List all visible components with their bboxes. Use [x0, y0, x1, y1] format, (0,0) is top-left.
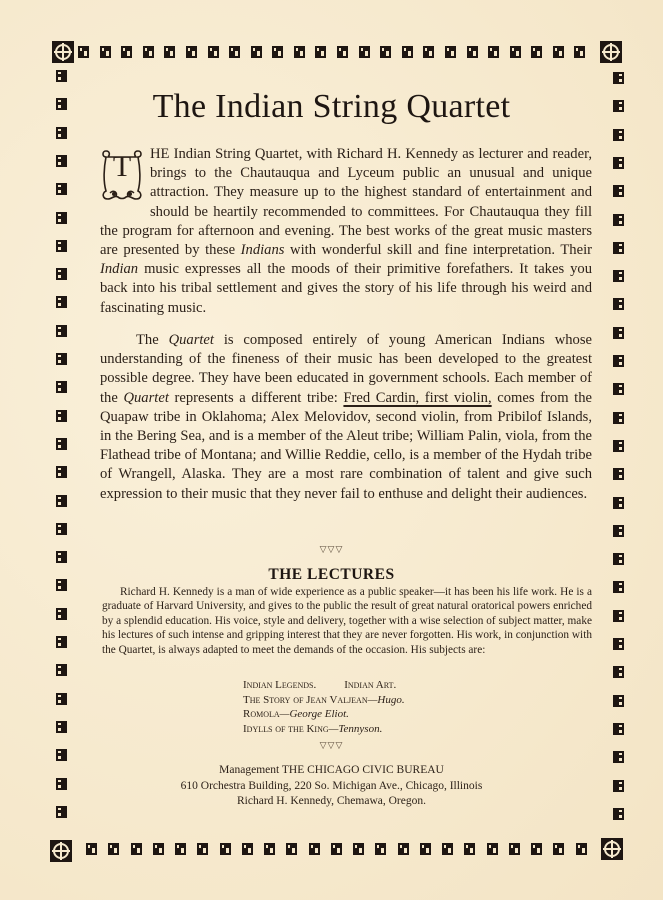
border-tile-icon — [208, 46, 219, 58]
border-tile-icon — [100, 46, 111, 58]
subject-title: Indian Art. — [344, 679, 396, 691]
subjects-list: Indian Legends.Indian Art. The Story of … — [243, 678, 405, 736]
border-tile-icon — [487, 843, 498, 855]
border-tile-icon — [613, 751, 624, 763]
border-tile-icon — [56, 212, 67, 224]
management-block: Management THE CHICAGO CIVIC BUREAU 610 … — [0, 763, 663, 810]
intro-paragraph: T HE Indian String Quartet, with Richard… — [100, 145, 592, 318]
members-italic: Quartet — [123, 390, 168, 406]
border-tile-icon — [56, 438, 67, 450]
border-tile-icon — [175, 843, 186, 855]
border-tile-icon — [380, 46, 391, 58]
intro-text: music expresses all the moods of their p… — [100, 261, 592, 315]
border-tile-icon — [56, 70, 67, 82]
border-tile-icon — [56, 353, 67, 365]
intro-italic: Indian — [100, 261, 138, 277]
subject-title: Indian Legends. — [243, 679, 316, 691]
border-tile-icon — [56, 296, 67, 308]
border-tile-icon — [56, 240, 67, 252]
corner-ornament-icon — [601, 838, 623, 860]
corner-ornament-icon — [50, 840, 72, 862]
border-tile-icon — [613, 610, 624, 622]
border-tile-icon — [613, 72, 624, 84]
border-tile-icon — [56, 608, 67, 620]
intro-first-word: HE — [150, 146, 169, 162]
border-tile-icon — [613, 638, 624, 650]
border-tile-icon — [420, 843, 431, 855]
border-tile-icon — [613, 525, 624, 537]
page-title: The Indian String Quartet — [0, 88, 663, 126]
border-tile-icon — [121, 46, 132, 58]
border-tile-icon — [613, 129, 624, 141]
border-tile-icon — [220, 843, 231, 855]
border-tile-icon — [423, 46, 434, 58]
border-tile-icon — [576, 843, 587, 855]
border-tile-icon — [56, 664, 67, 676]
border-tile-icon — [353, 843, 364, 855]
border-tile-icon — [613, 270, 624, 282]
members-text: represents a different tribe: — [169, 390, 344, 406]
border-tile-icon — [402, 46, 413, 58]
border-tile-icon — [56, 466, 67, 478]
management-contact: Richard H. Kennedy, Chemawa, Oregon. — [0, 794, 663, 810]
subject-item: Indian Legends.Indian Art. — [243, 678, 405, 693]
border-tile-icon — [613, 723, 624, 735]
subject-author: —George Eliot. — [280, 708, 349, 720]
border-tile-icon — [613, 412, 624, 424]
border-tile-icon — [613, 242, 624, 254]
subject-item: Idylls of the King—Tennyson. — [243, 722, 405, 737]
border-tile-icon — [131, 843, 142, 855]
subject-author: —Tennyson. — [329, 723, 383, 735]
border-tile-icon — [613, 214, 624, 226]
border-tile-icon — [509, 843, 520, 855]
border-tile-icon — [229, 46, 240, 58]
border-tile-icon — [488, 46, 499, 58]
intro-italic: Indians — [241, 242, 285, 258]
border-tile-icon — [56, 268, 67, 280]
subject-author: —Hugo. — [368, 694, 405, 706]
drop-cap-letter: T — [100, 157, 144, 176]
border-tile-icon — [186, 46, 197, 58]
border-tile-icon — [56, 325, 67, 337]
border-tile-icon — [309, 843, 320, 855]
border-tile-icon — [553, 843, 564, 855]
members-text: The — [136, 332, 169, 348]
corner-ornament-icon — [600, 41, 622, 63]
members-italic: Quartet — [169, 332, 214, 348]
border-tile-icon — [108, 843, 119, 855]
members-paragraph: The Quartet is composed entirely of youn… — [100, 331, 592, 504]
border-tile-icon — [86, 843, 97, 855]
border-tile-icon — [331, 843, 342, 855]
management-address: 610 Orchestra Building, 220 So. Michigan… — [0, 779, 663, 795]
corner-ornament-icon — [52, 41, 74, 63]
border-tile-icon — [56, 127, 67, 139]
border-tile-icon — [251, 46, 262, 58]
border-tile-icon — [398, 843, 409, 855]
border-tile-icon — [56, 495, 67, 507]
border-tile-icon — [613, 497, 624, 509]
border-tile-icon — [613, 440, 624, 452]
border-tile-icon — [56, 410, 67, 422]
border-tile-icon — [359, 46, 370, 58]
border-tile-icon — [337, 46, 348, 58]
border-tile-icon — [294, 46, 305, 58]
border-tile-icon — [613, 355, 624, 367]
border-tile-icon — [375, 843, 386, 855]
border-tile-icon — [78, 46, 89, 58]
subject-title: Romola — [243, 708, 280, 720]
border-tile-icon — [242, 843, 253, 855]
border-tile-icon — [613, 383, 624, 395]
intro-text: with wonderful skill and fine interpreta… — [284, 242, 592, 258]
border-tile-icon — [613, 695, 624, 707]
border-tile-icon — [467, 46, 478, 58]
underlined-member-name: Fred Cardin, first violin, — [343, 390, 491, 406]
border-tile-icon — [286, 843, 297, 855]
border-tile-icon — [531, 46, 542, 58]
border-tile-icon — [153, 843, 164, 855]
border-tile-icon — [574, 46, 585, 58]
border-tile-icon — [442, 843, 453, 855]
lectures-heading: THE LECTURES — [0, 566, 663, 584]
border-tile-icon — [613, 666, 624, 678]
subject-title: Idylls of the King — [243, 723, 329, 735]
subject-item: The Story of Jean Valjean—Hugo. — [243, 693, 405, 708]
triangle-ornament-icon: ▽▽▽ — [0, 741, 663, 751]
border-tile-icon — [272, 46, 283, 58]
lectures-text: Richard H. Kennedy is a man of wide expe… — [102, 586, 592, 656]
border-tile-icon — [613, 468, 624, 480]
border-tile-icon — [445, 46, 456, 58]
border-tile-icon — [464, 843, 475, 855]
lectures-paragraph: Richard H. Kennedy is a man of wide expe… — [102, 585, 592, 657]
border-tile-icon — [56, 183, 67, 195]
border-tile-icon — [56, 381, 67, 393]
border-tile-icon — [613, 185, 624, 197]
border-tile-icon — [56, 523, 67, 535]
border-tile-icon — [56, 693, 67, 705]
border-tile-icon — [197, 843, 208, 855]
border-tile-icon — [613, 808, 624, 820]
border-tile-icon — [613, 157, 624, 169]
management-line: Management THE CHICAGO CIVIC BUREAU — [0, 763, 663, 779]
border-tile-icon — [510, 46, 521, 58]
border-tile-icon — [613, 298, 624, 310]
border-tile-icon — [56, 155, 67, 167]
triangle-ornament-icon: ▽▽▽ — [0, 545, 663, 555]
border-tile-icon — [56, 636, 67, 648]
border-tile-icon — [56, 721, 67, 733]
subject-title: The Story of Jean Valjean — [243, 694, 368, 706]
border-tile-icon — [613, 327, 624, 339]
border-tile-icon — [264, 843, 275, 855]
border-tile-icon — [164, 46, 175, 58]
members-text: comes from the Quapaw tribe in Oklahoma;… — [100, 390, 592, 502]
border-tile-icon — [315, 46, 326, 58]
border-tile-icon — [143, 46, 154, 58]
subject-item: Romola—George Eliot. — [243, 707, 405, 722]
drop-cap-ornament: T — [100, 147, 144, 203]
border-tile-icon — [553, 46, 564, 58]
border-tile-icon — [531, 843, 542, 855]
